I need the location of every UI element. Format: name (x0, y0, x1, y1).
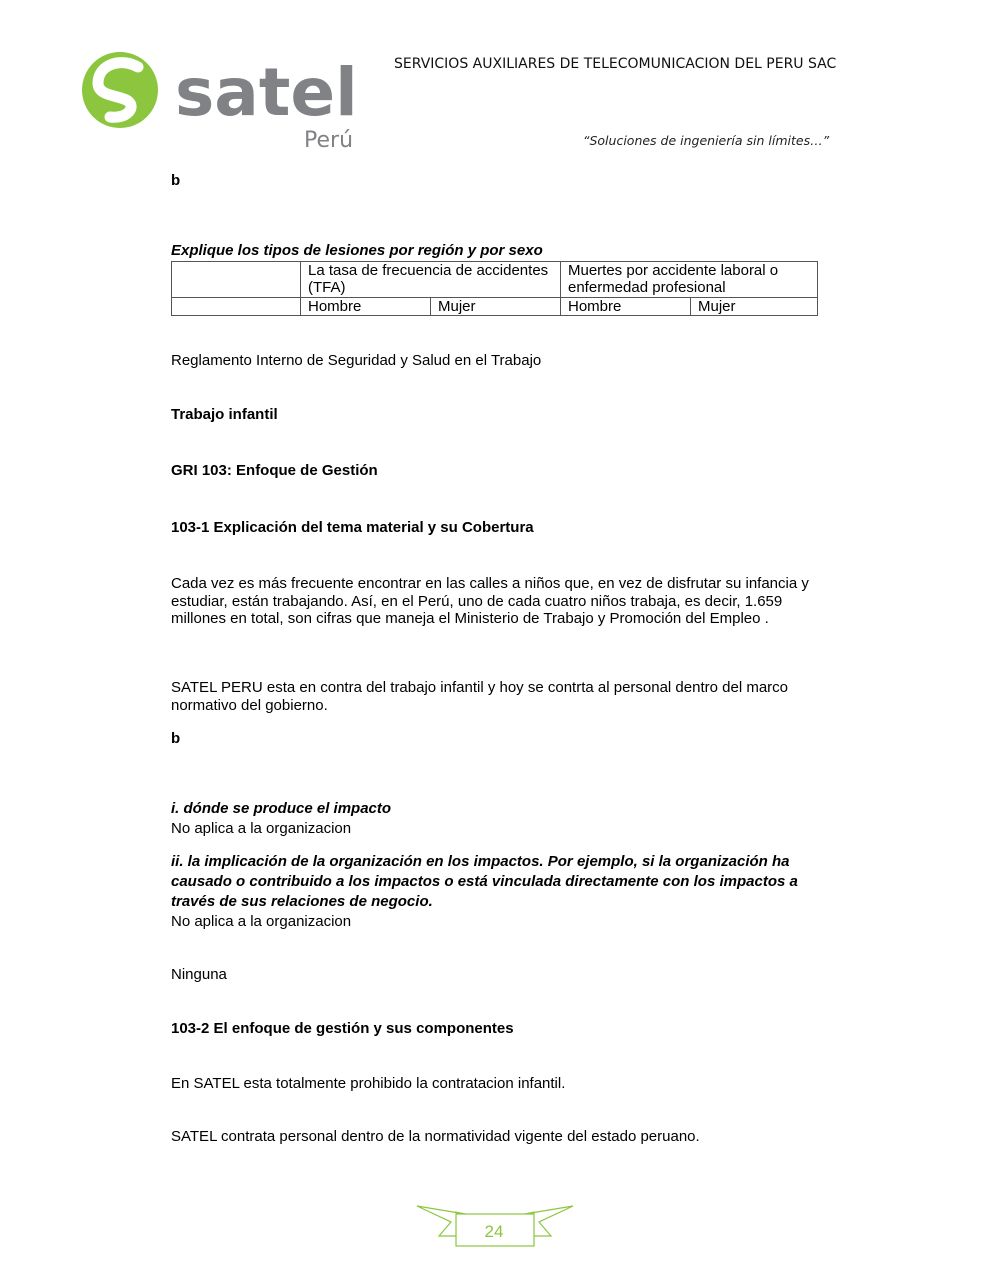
table-sub-hombre: Hombre (301, 298, 431, 316)
section-title: Trabajo infantil (171, 406, 278, 424)
table-header-deaths: Muertes por accidente laboral o enfermed… (561, 262, 818, 298)
question-ii: ii. la implicación de la organización en… (171, 852, 821, 912)
table-sub-hombre: Hombre (561, 298, 691, 316)
ninguna-text: Ninguna (171, 966, 227, 984)
table-header-empty (172, 262, 301, 298)
slogan: “Soluciones de ingeniería sin límites…” (583, 133, 829, 148)
logo-country-text: Perú (304, 128, 353, 153)
paragraph: SATEL PERU esta en contra del trabajo in… (171, 679, 821, 714)
heading-103-2: 103-2 El enfoque de gestión y sus compon… (171, 1020, 514, 1038)
page-number: 24 (456, 1222, 532, 1242)
logo-brand-text: satel (175, 54, 358, 131)
company-name: SERVICIOS AUXILIARES DE TELECOMUNICACION… (394, 56, 836, 72)
table-sub-mujer: Mujer (691, 298, 818, 316)
answer-ii: No aplica a la organizacion (171, 913, 351, 931)
paragraph: Cada vez es más frecuente encontrar en l… (171, 575, 821, 628)
table-sub-mujer: Mujer (431, 298, 561, 316)
table-title: Explique los tipos de lesiones por regió… (171, 242, 543, 260)
marker-b: b (171, 730, 180, 748)
table-header-tfa: La tasa de frecuencia de accidentes (TFA… (301, 262, 561, 298)
reglamento-text: Reglamento Interno de Seguridad y Salud … (171, 352, 541, 370)
marker-b: b (171, 172, 180, 190)
heading-103-1: 103-1 Explicación del tema material y su… (171, 519, 534, 537)
answer-i: No aplica a la organizacion (171, 820, 351, 838)
question-i: i. dónde se produce el impacto (171, 800, 391, 818)
satel-logo: satel Perú (80, 45, 370, 155)
table-sub-empty (172, 298, 301, 316)
paragraph: SATEL contrata personal dentro de la nor… (171, 1128, 700, 1146)
gri-title: GRI 103: Enfoque de Gestión (171, 462, 378, 480)
injuries-table: La tasa de frecuencia de accidentes (TFA… (171, 261, 818, 316)
paragraph: En SATEL esta totalmente prohibido la co… (171, 1075, 565, 1093)
